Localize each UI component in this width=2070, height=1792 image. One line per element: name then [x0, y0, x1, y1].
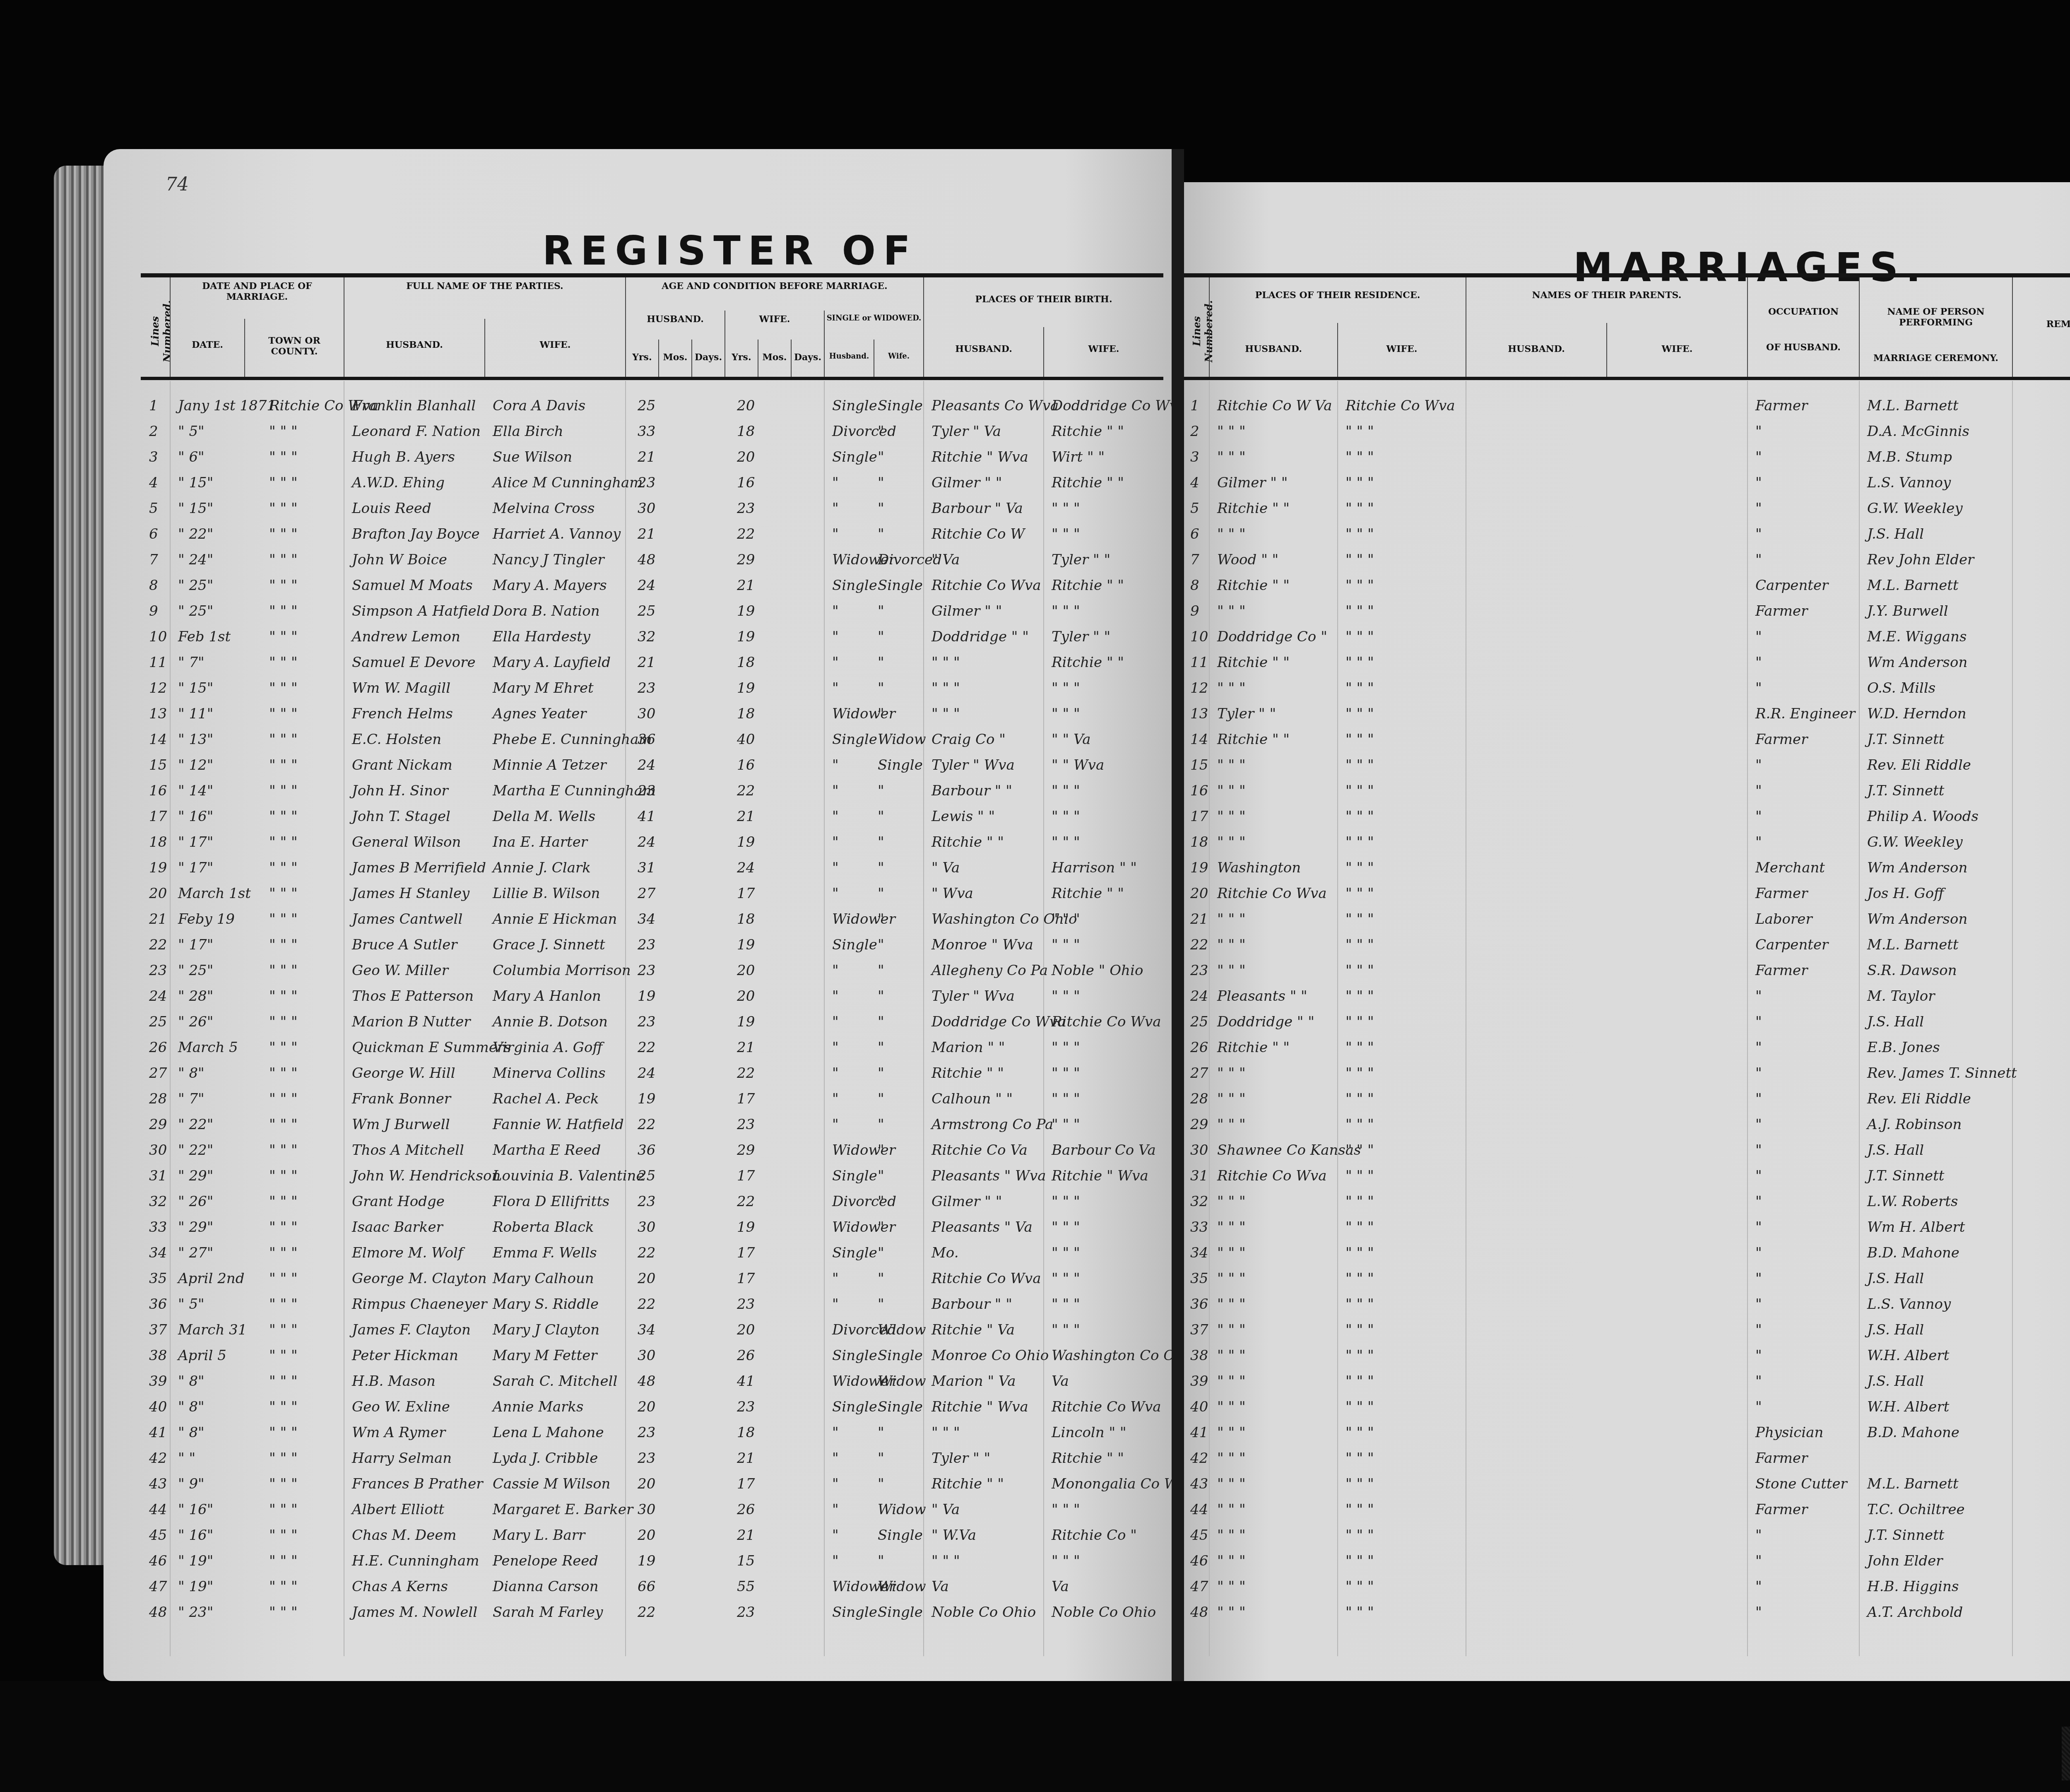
wife-condition: Single: [878, 1347, 923, 1364]
table-row: 26Ritchie " "" " ""E.B. Jones: [1184, 1039, 2070, 1063]
table-row: 33" 29"" " "Isaac BarkerRoberta Black301…: [103, 1219, 1172, 1243]
husband-name: Grant Hodge: [352, 1193, 445, 1210]
husband-residence: Washington: [1217, 860, 1301, 876]
wife-birthplace: " " ": [1052, 1039, 1080, 1056]
wife-name: Nancy J Tingler: [493, 552, 604, 568]
husband-condition: Widower: [832, 1219, 895, 1236]
table-row: 25" 26"" " "Marion B NutterAnnie B. Dots…: [103, 1014, 1172, 1038]
occupation: ": [1755, 1527, 1762, 1544]
wife-age: 15: [737, 1553, 755, 1569]
husband-name: James B Merrifield: [352, 860, 486, 876]
right-entries: 1Ritchie Co W VaRitchie Co WvaFarmerM.L.…: [1184, 397, 2070, 1660]
officiant: M.L. Barnett: [1867, 577, 1959, 594]
places-birth-header: PLACES OF THEIR BIRTH.: [923, 277, 1163, 327]
town-county: " " ": [269, 500, 298, 517]
husband-name: Albert Elliott: [352, 1501, 444, 1518]
occupation: Laborer: [1755, 911, 1812, 927]
town-county: " " ": [269, 1116, 298, 1133]
table-row: 19Washington" " "MerchantWm Anderson: [1184, 860, 2070, 884]
wife-residence: " " ": [1345, 1039, 1374, 1056]
table-row: 32" 26"" " "Grant HodgeFlora D Ellifritt…: [103, 1193, 1172, 1217]
husband-age: 30: [638, 706, 655, 722]
table-row: 28" " "" " ""Rev. Eli Riddle: [1184, 1091, 2070, 1115]
age-wife-header: WIFE.: [724, 311, 824, 340]
table-row: 35" " "" " ""J.S. Hall: [1184, 1270, 2070, 1294]
table-row: 48" 23"" " "James M. NowlellSarah M Farl…: [103, 1604, 1172, 1628]
wife-name: Martha E Reed: [493, 1142, 601, 1159]
husband-name: French Helms: [352, 706, 453, 722]
wife-age: 23: [737, 1296, 755, 1313]
officiant: L.S. Vannoy: [1867, 1296, 1951, 1313]
table-row: 2" " "" " ""D.A. McGinnis: [1184, 423, 2070, 447]
husband-birthplace: Tyler " ": [931, 1450, 990, 1467]
wife-name: Cora A Davis: [493, 397, 585, 414]
husband-age: 30: [638, 1501, 655, 1518]
occupation: R.R. Engineer: [1755, 706, 1855, 722]
line-number: 47: [1190, 1578, 1208, 1595]
husband-birthplace: Ritchie " ": [931, 1065, 1004, 1081]
husband-condition: Divorced: [832, 1193, 896, 1210]
husband-residence: " " ": [1217, 680, 1246, 696]
line-number: 38: [149, 1347, 167, 1364]
wife-name: Mary A Hanlon: [493, 988, 601, 1004]
husband-residence: " " ": [1217, 911, 1246, 927]
husband-age: 20: [638, 1527, 655, 1544]
wife-birthplace: Va: [1052, 1578, 1069, 1595]
wife-name: Ella Birch: [493, 423, 563, 440]
husband-name: Frank Bonner: [352, 1091, 451, 1107]
wife-residence: " " ": [1345, 1553, 1374, 1569]
line-number: 24: [149, 988, 167, 1004]
wife-residence: " " ": [1345, 423, 1374, 440]
date: " 15": [178, 680, 213, 696]
officiant: A.J. Robinson: [1867, 1116, 1962, 1133]
table-row: 42" " "" " "Farmer: [1184, 1450, 2070, 1474]
husband-age: 32: [638, 629, 655, 645]
marriage-ceremony-label: MARRIAGE CEREMONY.: [1860, 353, 2012, 364]
husband-name: Chas A Kerns: [352, 1578, 448, 1595]
date-place-header: DATE AND PLACE OF MARRIAGE.: [170, 277, 344, 319]
wife-birthplace: Tyler " ": [1052, 629, 1110, 645]
lines-numbered-header: Lines Numbered.: [141, 277, 170, 377]
occupation: ": [1755, 1168, 1762, 1184]
table-row: 6" " "" " ""J.S. Hall: [1184, 526, 2070, 550]
date: " 16": [178, 808, 213, 825]
wife-age: 29: [737, 1142, 755, 1159]
line-number: 8: [149, 577, 158, 594]
wife-residence: " " ": [1345, 988, 1374, 1004]
line-number: 47: [149, 1578, 167, 1595]
husband-age: 24: [638, 577, 655, 594]
wife-age: 55: [737, 1578, 755, 1595]
wife-birthplace: Ritchie " Wva: [1052, 1168, 1148, 1184]
table-row: 46" 19"" " "H.E. CunninghamPenelope Reed…: [103, 1553, 1172, 1577]
officiant: B.D. Mahone: [1867, 1245, 1959, 1261]
occupation: ": [1755, 1065, 1762, 1081]
wife-name: Minerva Collins: [493, 1065, 606, 1081]
town-county: " " ": [269, 1168, 298, 1184]
wife-name: Annie Marks: [493, 1399, 584, 1415]
date: " 19": [178, 1553, 213, 1569]
husband-age: 66: [638, 1578, 655, 1595]
town-county: " " ": [269, 1219, 298, 1236]
date: " 15": [178, 474, 213, 491]
husband-name: Rimpus Chaeneyer: [352, 1296, 487, 1313]
wife-condition: Single: [878, 397, 923, 414]
husband-residence: " " ": [1217, 1296, 1246, 1313]
wife-condition: ": [878, 1553, 884, 1569]
wife-condition: ": [878, 860, 884, 876]
sw-wife-header: Wife.: [874, 340, 923, 377]
occupation: ": [1755, 1373, 1762, 1390]
occupation: ": [1755, 423, 1762, 440]
husband-residence: Ritchie " ": [1217, 731, 1290, 748]
date: " 7": [178, 654, 205, 671]
line-number: 24: [1190, 988, 1208, 1004]
wife-birthplace: Ritchie " ": [1052, 1450, 1124, 1467]
wife-age: 20: [737, 1322, 755, 1338]
line-number: 22: [1190, 937, 1208, 953]
wife-age: 17: [737, 1270, 755, 1287]
line-number: 12: [1190, 680, 1208, 696]
wife-name: Emma F. Wells: [493, 1245, 597, 1261]
husband-residence: Ritchie " ": [1217, 500, 1290, 517]
officiant: J.S. Hall: [1867, 1270, 1924, 1287]
wife-age: 20: [737, 397, 755, 414]
date: " 22": [178, 1116, 213, 1133]
husband-residence: " " ": [1217, 1322, 1246, 1338]
husband-condition: ": [832, 1270, 839, 1287]
line-number: 7: [149, 552, 158, 568]
table-row: 39" " "" " ""J.S. Hall: [1184, 1373, 2070, 1397]
husband-condition: ": [832, 1553, 839, 1569]
husband-age: 25: [638, 603, 655, 619]
husband-residence: Ritchie Co W Va: [1217, 397, 1332, 414]
town-county: " " ": [269, 1604, 298, 1621]
wife-name: Dianna Carson: [493, 1578, 599, 1595]
table-row: 41" " "" " "PhysicianB.D. Mahone: [1184, 1424, 2070, 1448]
table-row: 7Wood " "" " ""Rev John Elder: [1184, 552, 2070, 576]
husband-condition: ": [832, 1296, 839, 1313]
husband-condition: Single: [832, 1399, 877, 1415]
husband-age: 41: [638, 808, 655, 825]
line-number: 35: [1190, 1270, 1208, 1287]
table-row: 9" 25"" " "Simpson A HatfieldDora B. Nat…: [103, 603, 1172, 627]
wife-birthplace: Tyler " ": [1052, 552, 1110, 568]
wife-condition: ": [878, 1219, 884, 1236]
wife-name: Annie J. Clark: [493, 860, 591, 876]
husband-age: 23: [638, 937, 655, 953]
husband-age: 23: [638, 1450, 655, 1467]
husband-birthplace: Tyler " Wva: [931, 988, 1015, 1004]
husband-birthplace: Ritchie Co Va: [931, 1142, 1028, 1159]
husband-age: 21: [638, 526, 655, 542]
right-page: MARRIAGES. Lines Numbered. PLACES OF THE…: [1184, 182, 2070, 1681]
husband-name: James M. Nowlell: [352, 1604, 477, 1621]
wife-birthplace: " " ": [1052, 680, 1080, 696]
occupation: Carpenter: [1755, 937, 1828, 953]
wife-name: Alice M Cunningham: [493, 474, 643, 491]
table-row: 17" " "" " ""Philip A. Woods: [1184, 808, 2070, 832]
occupation: ": [1755, 526, 1762, 542]
husband-birthplace: Gilmer " ": [931, 603, 1002, 619]
husband-residence: " " ": [1217, 449, 1246, 465]
husband-birthplace: Gilmer " ": [931, 1193, 1002, 1210]
wife-condition: ": [878, 937, 884, 953]
wife-birthplace: " " ": [1052, 988, 1080, 1004]
wife-birthplace: Ritchie " ": [1052, 423, 1124, 440]
line-number: 5: [149, 500, 158, 517]
husband-residence: Ritchie Co Wva: [1217, 885, 1327, 902]
wife-birthplace: Ritchie Co ": [1052, 1527, 1137, 1544]
date: April 2nd: [178, 1270, 244, 1287]
wife-age: 19: [737, 603, 755, 619]
officiant: H.B. Higgins: [1867, 1578, 1959, 1595]
wife-birthplace: " " ": [1052, 1245, 1080, 1261]
wife-name: Flora D Ellifritts: [493, 1193, 609, 1210]
wife-condition: ": [878, 988, 884, 1004]
husband-condition: ": [832, 500, 839, 517]
table-row: 12" " "" " ""O.S. Mills: [1184, 680, 2070, 704]
husband-age: 23: [638, 680, 655, 696]
husband-name: A.W.D. Ehing: [352, 474, 445, 491]
wife-residence: " " ": [1345, 937, 1374, 953]
wife-age: 17: [737, 1245, 755, 1261]
person-performing-header: NAME OF PERSON PERFORMING MARRIAGE CEREM…: [1859, 277, 2012, 377]
line-number: 3: [149, 449, 158, 465]
occupation: ": [1755, 449, 1762, 465]
wife-residence: " " ": [1345, 783, 1374, 799]
wife-condition: ": [878, 680, 884, 696]
wife-condition: Single: [878, 757, 923, 773]
occupation: ": [1755, 629, 1762, 645]
table-row: 45" 16"" " "Chas M. DeemMary L. Barr2021…: [103, 1527, 1172, 1551]
wife-condition: ": [878, 654, 884, 671]
line-number: 43: [1190, 1476, 1208, 1492]
husband-age: 20: [638, 1476, 655, 1492]
line-number: 23: [149, 962, 167, 979]
wife-residence: " " ": [1345, 757, 1374, 773]
husband-name: Thos A Mitchell: [352, 1142, 464, 1159]
line-number: 26: [1190, 1039, 1208, 1056]
wife-condition: Widow: [878, 1322, 926, 1338]
husband-birthplace: " Wva: [931, 885, 973, 902]
occupation: Farmer: [1755, 1501, 1808, 1518]
wife-birthplace: " " ": [1052, 808, 1080, 825]
table-row: 35April 2nd" " "George M. ClaytonMary Ca…: [103, 1270, 1172, 1294]
table-row: 10Feb 1st" " "Andrew LemonElla Hardesty3…: [103, 629, 1172, 653]
of-husband-label: OF HUSBAND.: [1748, 342, 1859, 353]
husband-birthplace: " " ": [931, 1424, 960, 1441]
date: Feby 19: [178, 911, 235, 927]
table-row: 2" 5"" " "Leonard F. NationElla Birch331…: [103, 423, 1172, 447]
wife-residence: " " ": [1345, 1322, 1374, 1338]
husband-name: Elmore M. Wolf: [352, 1245, 463, 1261]
husband-age: 23: [638, 1424, 655, 1441]
town-county: " " ": [269, 1347, 298, 1364]
table-row: 13" 11"" " "French HelmsAgnes Yeater3018…: [103, 706, 1172, 730]
wife-residence: " " ": [1345, 1168, 1374, 1184]
table-row: 20Ritchie Co Wva" " "FarmerJos H. Goff: [1184, 885, 2070, 909]
wife-age: 26: [737, 1347, 755, 1364]
line-number: 38: [1190, 1347, 1208, 1364]
occupation: ": [1755, 1245, 1762, 1261]
table-row: 44" " "" " "FarmerT.C. Ochiltree: [1184, 1501, 2070, 1525]
husband-condition: ": [832, 808, 839, 825]
husband-condition: ": [832, 860, 839, 876]
wife-residence: " " ": [1345, 860, 1374, 876]
wife-residence: " " ": [1345, 1399, 1374, 1415]
wife-birthplace: Noble " Ohio: [1052, 962, 1143, 979]
table-row: 15" " "" " ""Rev. Eli Riddle: [1184, 757, 2070, 781]
husband-name: Geo W. Miller: [352, 962, 448, 979]
line-number: 22: [149, 937, 167, 953]
town-county: " " ": [269, 1193, 298, 1210]
husband-age: 19: [638, 1091, 655, 1107]
husband-name: Marion B Nutter: [352, 1014, 471, 1030]
wife-name: Ella Hardesty: [493, 629, 590, 645]
husband-name: Samuel M Moats: [352, 577, 473, 594]
wife-age: 21: [737, 1450, 755, 1467]
husband-condition: ": [832, 988, 839, 1004]
wife-residence: " " ": [1345, 834, 1374, 850]
wife-condition: Widow: [878, 1373, 926, 1390]
line-number: 10: [149, 629, 167, 645]
husband-residence: Shawnee Co Kansas: [1217, 1142, 1361, 1159]
husband-condition: Single: [832, 1604, 877, 1621]
wife-name: Ina E. Harter: [493, 834, 587, 850]
date: " ": [178, 1450, 195, 1467]
wife-birthplace: Ritchie " ": [1052, 885, 1124, 902]
wife-age: 41: [737, 1373, 755, 1390]
husband-condition: Widower: [832, 706, 895, 722]
line-number: 3: [1190, 449, 1199, 465]
wife-age: 18: [737, 706, 755, 722]
husband-residence: Ritchie " ": [1217, 654, 1290, 671]
town-county: " " ": [269, 629, 298, 645]
town-county: " " ": [269, 860, 298, 876]
wife-birthplace: Doddridge Co Wva: [1052, 397, 1186, 414]
officiant: J.T. Sinnett: [1867, 731, 1945, 748]
left-page: 74 REGISTER OF Lines Numbered. DATE AND …: [103, 149, 1172, 1681]
table-row: 20March 1st" " "James H StanleyLillie B.…: [103, 885, 1172, 909]
husband-residence: " " ": [1217, 1578, 1246, 1595]
husband-residence: Ritchie " ": [1217, 1039, 1290, 1056]
occupation-label: OCCUPATION: [1748, 306, 1859, 317]
wife-birthplace: " " ": [1052, 911, 1080, 927]
table-row: 34" 27"" " "Elmore M. WolfEmma F. Wells2…: [103, 1245, 1172, 1269]
husband-residence: " " ": [1217, 1399, 1246, 1415]
occupation: ": [1755, 783, 1762, 799]
wife-residence: " " ": [1345, 885, 1374, 902]
husband-birthplace: Noble Co Ohio: [931, 1604, 1036, 1621]
date: " 24": [178, 552, 213, 568]
town-county: " " ": [269, 1553, 298, 1569]
town-county: " " ": [269, 911, 298, 927]
table-row: 23" " "" " "FarmerS.R. Dawson: [1184, 962, 2070, 986]
wife-birthplace: " " ": [1052, 706, 1080, 722]
husband-name: Wm W. Magill: [352, 680, 450, 696]
husband-age: 24: [638, 757, 655, 773]
officiant: J.T. Sinnett: [1867, 1527, 1945, 1544]
date: " 8": [178, 1065, 205, 1081]
wife-condition: ": [878, 1476, 884, 1492]
husband-residence: " " ": [1217, 1373, 1246, 1390]
wife-condition: ": [878, 808, 884, 825]
husband-residence: " " ": [1217, 962, 1246, 979]
line-number: 20: [1190, 885, 1208, 902]
husband-age: 27: [638, 885, 655, 902]
wife-birthplace: Harrison " ": [1052, 860, 1137, 876]
husband-age: 20: [638, 1270, 655, 1287]
wife-birthplace: Lincoln " ": [1052, 1424, 1126, 1441]
officiant: L.S. Vannoy: [1867, 474, 1951, 491]
date: March 1st: [178, 885, 251, 902]
wife-name: Lyda J. Cribble: [493, 1450, 598, 1467]
occupation: ": [1755, 1296, 1762, 1313]
town-county: " " ": [269, 1399, 298, 1415]
line-number: 4: [1190, 474, 1199, 491]
husband-name: John W. Hendrickson: [352, 1168, 501, 1184]
age-husband-header: HUSBAND.: [625, 311, 724, 340]
wife-age: 16: [737, 757, 755, 773]
husband-birthplace: Lewis " ": [931, 808, 995, 825]
date: " 7": [178, 1091, 205, 1107]
husband-residence: " " ": [1217, 1347, 1246, 1364]
line-number: 33: [1190, 1219, 1208, 1236]
date: " 19": [178, 1578, 213, 1595]
wife-name: Annie B. Dotson: [493, 1014, 608, 1030]
husband-birthplace: Ritchie Co W: [931, 526, 1025, 542]
husband-residence: " " ": [1217, 1450, 1246, 1467]
line-number: 48: [1190, 1604, 1208, 1621]
date: " 17": [178, 937, 213, 953]
town-county: " " ": [269, 783, 298, 799]
husband-name: Bruce A Sutler: [352, 937, 457, 953]
husband-name: Franklin Blanhall: [352, 397, 476, 414]
husband-condition: Single: [832, 937, 877, 953]
wife-condition: ": [878, 629, 884, 645]
husband-birthplace: Armstrong Co Pa: [931, 1116, 1053, 1133]
husband-condition: ": [832, 1091, 839, 1107]
occupation: ": [1755, 1553, 1762, 1569]
husband-residence: " " ": [1217, 783, 1246, 799]
line-number: 11: [149, 654, 167, 671]
officiant: B.D. Mahone: [1867, 1424, 1959, 1441]
husband-birthplace: Doddridge " ": [931, 629, 1029, 645]
wife-name: Grace J. Sinnett: [493, 937, 605, 953]
town-county: " " ": [269, 1270, 298, 1287]
husband-age: 23: [638, 962, 655, 979]
officiant: Rev. James T. Sinnett: [1867, 1065, 2017, 1081]
husband-name: Frances B Prather: [352, 1476, 483, 1492]
husband-age: 25: [638, 397, 655, 414]
wife-condition: ": [878, 449, 884, 465]
husband-age: 23: [638, 783, 655, 799]
town-county-header: TOWN OR COUNTY.: [244, 319, 344, 377]
town-county: " " ": [269, 1322, 298, 1338]
officiant: Rev. Eli Riddle: [1867, 1091, 1971, 1107]
wife-birthplace: Ritchie " ": [1052, 654, 1124, 671]
husband-name: E.C. Holsten: [352, 731, 441, 748]
date: " 12": [178, 757, 213, 773]
table-row: 16" " "" " ""J.T. Sinnett: [1184, 783, 2070, 807]
table-row: 26March 5" " "Quickman E SummersVirginia…: [103, 1039, 1172, 1063]
line-number: 31: [1190, 1168, 1208, 1184]
table-row: 29" " "" " ""A.J. Robinson: [1184, 1116, 2070, 1140]
line-number: 29: [149, 1116, 167, 1133]
table-row: 40" " "" " ""W.H. Albert: [1184, 1399, 2070, 1423]
